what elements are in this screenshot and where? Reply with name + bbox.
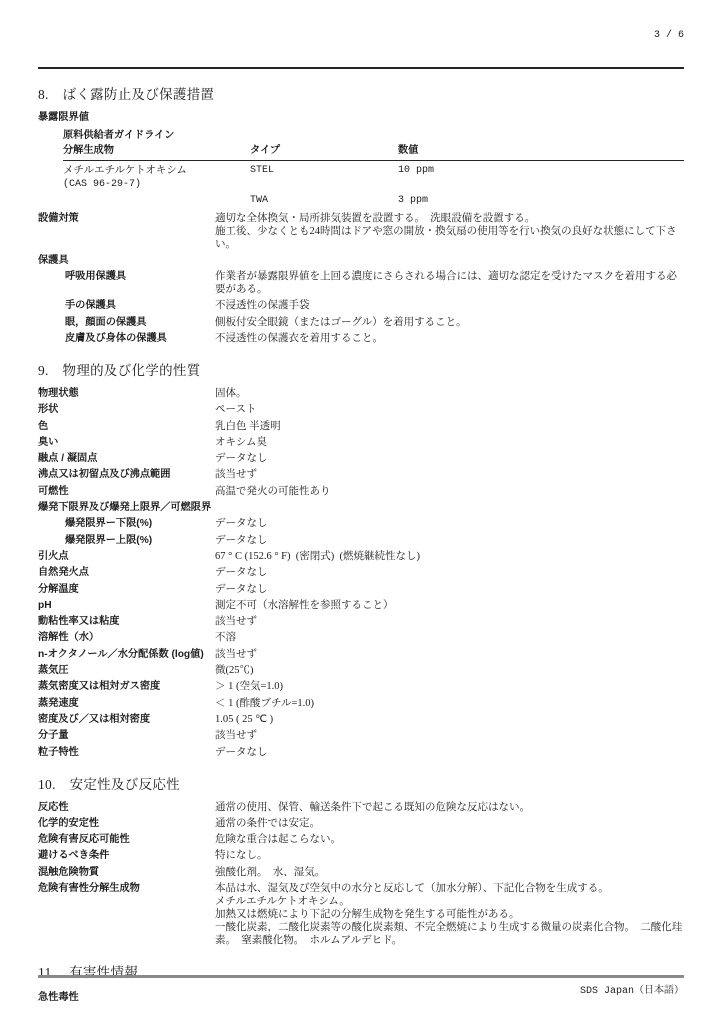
field-row: 形状 ペースト [38, 403, 684, 416]
field-value: ペースト [215, 403, 684, 416]
field-row: 爆発限界ー下限(%) データなし [38, 517, 684, 530]
field-row: 危険有害性分解生成物 本品は水、湿気及び空気中の水分と反応して（加水分解）、下記… [38, 882, 684, 947]
field-label: 分解温度 [38, 583, 215, 596]
field-label: 分子量 [38, 729, 215, 742]
field-value: データなし [215, 517, 684, 530]
field-label: 爆発限界ー下限(%) [38, 517, 215, 530]
field-label: 物理状態 [38, 387, 215, 400]
field-label: 蒸気圧 [38, 664, 215, 677]
field-value: 通常の使用、保管、輸送条件下で起こる既知の危険な反応はない。 [215, 801, 684, 814]
exposure-limits-table: 原料供給者ガイドライン 分解生成物 タイプ 数値 メチルエチルケトオキシム (C… [63, 129, 684, 208]
section-8-fields: 設備対策 適切な全体換気・局所排気装置を設置する。 洗眼設備を設置する。 施工後… [38, 212, 684, 345]
field-label: 動粘性率又は粘度 [38, 615, 215, 628]
field-label: 溶解性（水） [38, 631, 215, 644]
field-value: データなし [215, 566, 684, 579]
field-value: 高温で発火の可能性あり [215, 485, 684, 498]
field-value: 強酸化剤。 水、湿気。 [215, 866, 684, 879]
table-row: メチルエチルケトオキシム (CAS 96-29-7) STEL 10 ppm [63, 165, 684, 191]
section-10-fields: 反応性 通常の使用、保管、輸送条件下で起こる既知の危険な反応はない。 化学的安定… [38, 801, 684, 947]
field-value: 該当せず [215, 648, 684, 661]
field-value: データなし [215, 583, 684, 596]
field-value: ＜ 1 (酢酸ブチル=1.0) [215, 697, 684, 710]
field-label: 可燃性 [38, 485, 215, 498]
field-label: 混触危険物質 [38, 866, 215, 879]
field-row: 化学的安定性 通常の条件では安定。 [38, 817, 684, 830]
field-value: 通常の条件では安定。 [215, 817, 684, 830]
field-value: 適切な全体換気・局所排気装置を設置する。 洗眼設備を設置する。 施工後、少なくと… [215, 212, 684, 251]
field-value: データなし [215, 534, 684, 547]
limit-value: 3 ppm [398, 195, 684, 208]
field-label: pH [38, 599, 215, 612]
field-label: 蒸発速度 [38, 697, 215, 710]
field-row: 反応性 通常の使用、保管、輸送条件下で起こる既知の危険な反応はない。 [38, 801, 684, 814]
field-value: 不溶 [215, 631, 684, 644]
field-label: 爆発限界ー上限(%) [38, 534, 215, 547]
field-value: 1.05 ( 25 ℃ ) [215, 713, 684, 726]
field-row: 呼吸用保護具 作業者が暴露限界値を上回る濃度にさらされる場合には、適切な認定を受… [38, 270, 684, 296]
field-label: 反応性 [38, 801, 215, 814]
field-row: 分子量 該当せず [38, 729, 684, 742]
sds-document-page: 8. ばく露防止及び保護措置 暴露限界値 原料供給者ガイドライン 分解生成物 タ… [38, 0, 684, 1004]
column-header-component: 分解生成物 [63, 144, 250, 157]
field-row: pH 測定不可（水溶解性を参照すること） [38, 599, 684, 612]
field-row: 引火点 67 ° C (152.6 ° F) (密閉式) (燃焼継続性なし) [38, 550, 684, 563]
field-value: 不浸透性の保護衣を着用すること。 [215, 332, 684, 345]
field-row: 粒子特性 データなし [38, 746, 684, 759]
field-row: 融点 / 凝固点 データなし [38, 452, 684, 465]
field-row: 色 乳白色 半透明 [38, 420, 684, 433]
field-label: 危険有害反応可能性 [38, 833, 215, 846]
top-divider [38, 67, 684, 69]
field-row: 避けるべき条件 特になし。 [38, 849, 684, 862]
field-row: n-オクタノール／水分配係数 (log値) 該当せず [38, 648, 684, 661]
exposure-limits-label: 暴露限界値 [38, 111, 684, 124]
field-row: 設備対策 適切な全体換気・局所排気装置を設置する。 洗眼設備を設置する。 施工後… [38, 212, 684, 251]
field-row: 可燃性 高温で発火の可能性あり [38, 485, 684, 498]
cas-number: (CAS 96-29-7) [63, 179, 141, 190]
footer-label: SDS Japan（日本語） [580, 986, 684, 997]
field-label: 形状 [38, 403, 215, 416]
field-label: 引火点 [38, 550, 215, 563]
field-label: 保護具 [38, 254, 684, 267]
field-row: 蒸発速度 ＜ 1 (酢酸ブチル=1.0) [38, 697, 684, 710]
field-row: 蒸気圧 微(25℃) [38, 664, 684, 677]
component-name: メチルエチルケトオキシム [63, 165, 187, 176]
limit-type: TWA [250, 195, 398, 208]
field-value: 測定不可（水溶解性を参照すること） [215, 599, 684, 612]
field-value: 固体。 [215, 387, 684, 400]
field-value: 67 ° C (152.6 ° F) (密閉式) (燃焼継続性なし) [215, 550, 684, 563]
field-label: 避けるべき条件 [38, 849, 215, 862]
field-label: 沸点又は初留点及び沸点範囲 [38, 468, 215, 481]
field-label: 融点 / 凝固点 [38, 452, 215, 465]
field-value: データなし [215, 452, 684, 465]
field-row: 沸点又は初留点及び沸点範囲 該当せず [38, 468, 684, 481]
column-header-value: 数値 [398, 144, 684, 157]
section-9-heading: 9. 物理的及び化学的性質 [38, 359, 684, 379]
field-label: 呼吸用保護具 [38, 270, 215, 296]
field-row: 物理状態 固体。 [38, 387, 684, 400]
section-8-heading: 8. ばく露防止及び保護措置 [38, 83, 684, 103]
field-row: 分解温度 データなし [38, 583, 684, 596]
field-value: データなし [215, 746, 684, 759]
field-row: 保護具 [38, 254, 684, 267]
field-row: 皮膚及び身体の保護具 不浸透性の保護衣を着用すること。 [38, 332, 684, 345]
field-row: 蒸気密度又は相対ガス密度 ＞ 1 (空気=1.0) [38, 680, 684, 693]
field-label: 眼，顔面の保護具 [38, 316, 215, 329]
field-label: 密度及び／又は相対密度 [38, 713, 215, 726]
field-label: 危険有害性分解生成物 [38, 882, 215, 947]
field-value: 微(25℃) [215, 664, 684, 677]
table-row: TWA 3 ppm [63, 195, 684, 208]
field-row: 混触危険物質 強酸化剤。 水、湿気。 [38, 866, 684, 879]
field-label: 蒸気密度又は相対ガス密度 [38, 680, 215, 693]
field-label: 化学的安定性 [38, 817, 215, 830]
field-value: 乳白色 半透明 [215, 420, 684, 433]
field-value: 該当せず [215, 615, 684, 628]
field-value: 作業者が暴露限界値を上回る濃度にさらされる場合には、適切な認定を受けたマスクを着… [215, 270, 684, 296]
field-value: ＞ 1 (空気=1.0) [215, 680, 684, 693]
field-row: 動粘性率又は粘度 該当せず [38, 615, 684, 628]
field-value: オキシム臭 [215, 436, 684, 449]
field-label: n-オクタノール／水分配係数 (log値) [38, 648, 215, 661]
field-label: 皮膚及び身体の保護具 [38, 332, 215, 345]
section-10-heading: 10. 安定性及び反応性 [38, 773, 684, 793]
table-header-row: 分解生成物 タイプ 数値 [63, 144, 684, 161]
limit-type: STEL [250, 165, 398, 191]
field-value: 危険な重合は起こらない。 [215, 833, 684, 846]
section-9-fields: 物理状態 固体。 形状 ペースト 色 乳白色 半透明 臭い オキシム臭 融点 /… [38, 387, 684, 759]
field-label: 臭い [38, 436, 215, 449]
page-footer: SDS Japan（日本語） [38, 975, 684, 997]
field-label: 自然発火点 [38, 566, 215, 579]
field-value: 本品は水、湿気及び空気中の水分と反応して（加水分解）、下記化合物を生成する。 メ… [215, 882, 684, 947]
field-value: 該当せず [215, 729, 684, 742]
field-row: 密度及び／又は相対密度 1.05 ( 25 ℃ ) [38, 713, 684, 726]
field-row: 臭い オキシム臭 [38, 436, 684, 449]
field-row: 溶解性（水） 不溶 [38, 631, 684, 644]
field-value: 不浸透性の保護手袋 [215, 299, 684, 312]
field-row: 危険有害反応可能性 危険な重合は起こらない。 [38, 833, 684, 846]
field-row: 眼，顔面の保護具 側板付安全眼鏡（またはゴーグル）を着用すること。 [38, 316, 684, 329]
field-label: 爆発下限界及び爆発上限界／可燃限界 [38, 501, 684, 514]
field-value: 側板付安全眼鏡（またはゴーグル）を着用すること。 [215, 316, 684, 329]
field-label: 設備対策 [38, 212, 215, 251]
field-label: 粒子特性 [38, 746, 215, 759]
field-value: 特になし。 [215, 849, 684, 862]
supplier-guideline-label: 原料供給者ガイドライン [63, 129, 684, 142]
field-value: 該当せず [215, 468, 684, 481]
field-label: 色 [38, 420, 215, 433]
field-label: 手の保護具 [38, 299, 215, 312]
field-row: 手の保護具 不浸透性の保護手袋 [38, 299, 684, 312]
field-row: 爆発限界ー上限(%) データなし [38, 534, 684, 547]
field-row: 爆発下限界及び爆発上限界／可燃限界 [38, 501, 684, 514]
column-header-type: タイプ [250, 144, 398, 157]
field-row: 自然発火点 データなし [38, 566, 684, 579]
limit-value: 10 ppm [398, 165, 684, 191]
